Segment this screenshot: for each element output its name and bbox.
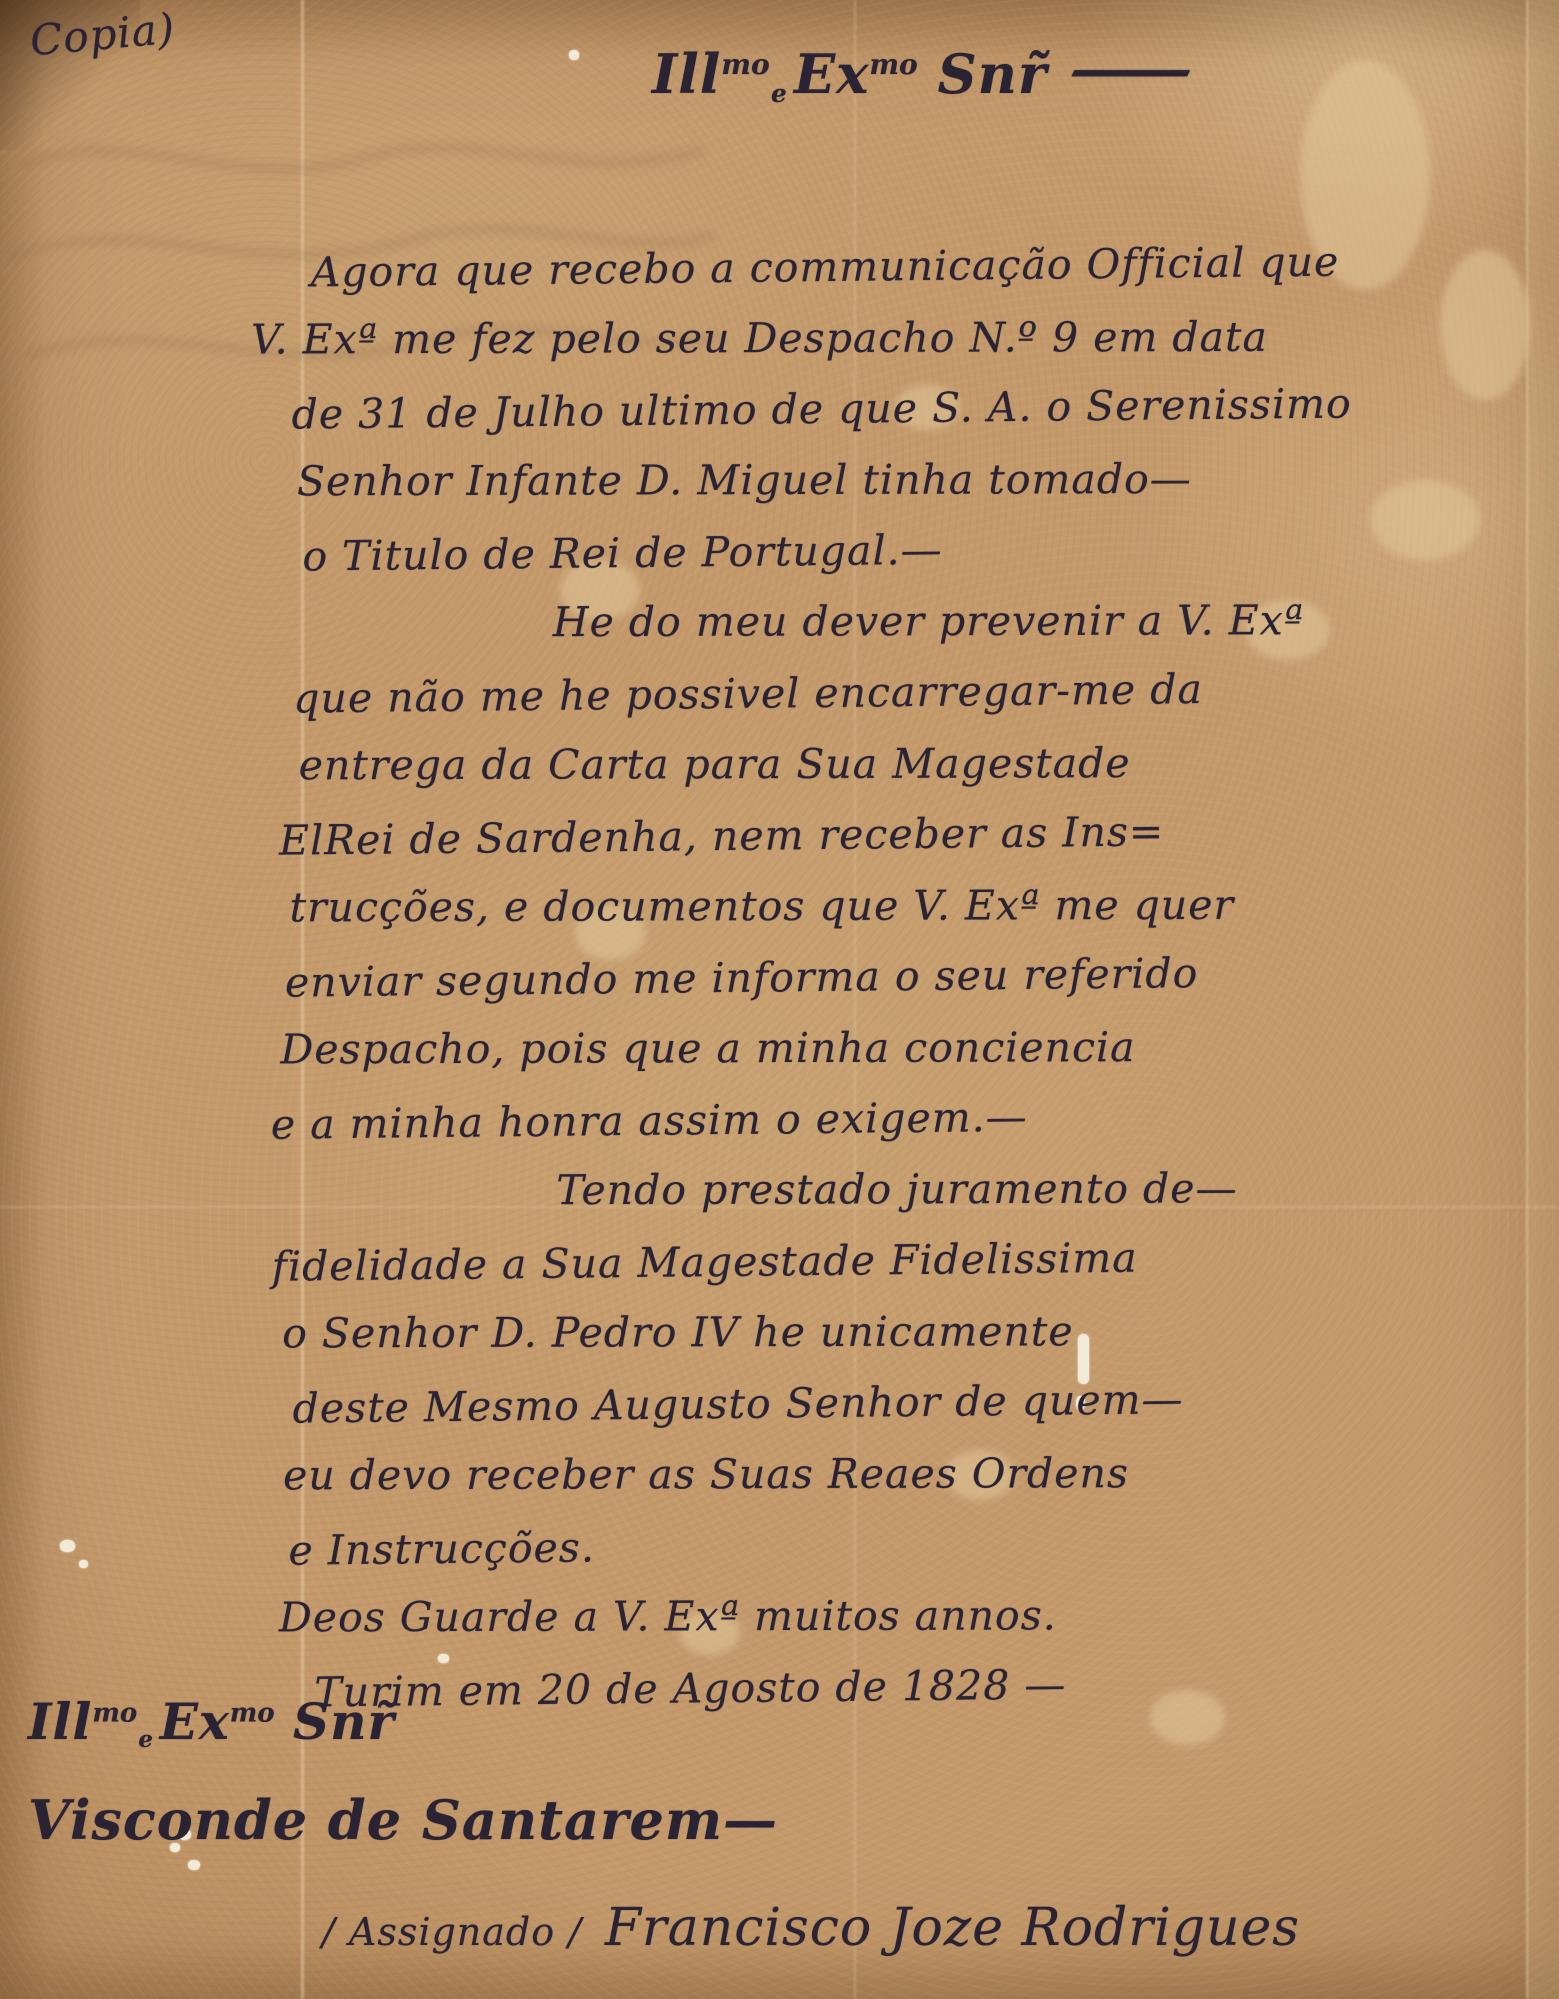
signature-line: / Assignado /Francisco Joze Rodrigues (322, 1898, 1300, 1958)
addressee-name: Visconde de Santarem— (28, 1788, 778, 1852)
paper-speck (188, 1860, 200, 1870)
salutation-e: e (771, 79, 788, 108)
closing-snr: Snr̃ (293, 1692, 395, 1751)
letter-line: ElRei de Sardenha, nem receber as Ins= (279, 794, 1375, 876)
flourish-dash: — (1066, 37, 1198, 101)
signatory-name: Francisco Joze Rodrigues (605, 1898, 1300, 1958)
letter-line: trucções, e documentos que V. Exª me que… (289, 869, 1374, 943)
salutation-heading: IllmoeExmo Snr̃— (652, 42, 1121, 108)
closing-exmo: Ex (160, 1692, 230, 1751)
letter-line: de 31 de Julho ultimo de que S. A. o Ser… (291, 368, 1372, 450)
letter-body: Agora que recebo a communicação Official… (250, 229, 1379, 1727)
letter-line: Agora que recebo a communicação Official… (310, 226, 1371, 308)
letter-line: Tendo prestado juramento de— (556, 1153, 1376, 1226)
letter-line: e a minha honra assim o exigem.— (271, 1078, 1377, 1161)
salutation-exmo: Ex (794, 42, 869, 106)
right-edge-light-band (1527, 0, 1559, 1999)
letter-line: deste Mesmo Augusto Senhor de quem— (292, 1362, 1378, 1444)
assignado-note: / Assignado / (322, 1910, 582, 1954)
salutation-illmo-sup: mo (721, 48, 769, 81)
salutation-exmo-sup: mo (869, 48, 917, 81)
closing-e: e (138, 1726, 154, 1753)
letter-line: que não me he possivel encarregar-me da (293, 652, 1374, 734)
closing-illmo: Ill (28, 1692, 92, 1751)
letter-line: He do meu dever prevenir a V. Exª (553, 585, 1373, 658)
paper-speck (79, 1560, 88, 1568)
letter-line: Turim em 20 de Agosto de 1828 — (314, 1646, 1380, 1728)
paper-speck (569, 50, 579, 60)
paper-speck (60, 1540, 75, 1552)
letter-line: enviar segundo me informa o seu referido (285, 936, 1376, 1018)
salutation-illmo: Ill (652, 42, 721, 106)
closing-illmo-sup: mo (92, 1698, 137, 1728)
letter-line: o Titulo de Rei de Portugal.— (302, 510, 1373, 592)
salutation-snr: Snr̃ (938, 42, 1048, 106)
scuff-mark (1440, 250, 1530, 400)
closing-salutation: IllmoeExmo Snr̃ (28, 1692, 395, 1753)
closing-exmo-sup: mo (230, 1698, 275, 1728)
letter-line: fidelidade a Sua Magestade Fidelissima (271, 1220, 1377, 1303)
letter-line: e Instrucções. (288, 1504, 1379, 1586)
letter-line: V. Exª me fez pelo seu Despacho N.º 9 em… (251, 302, 1371, 376)
letter-line: o Senhor D. Pedro IV he unicamente (282, 1295, 1377, 1369)
letter-line: Despacho, pois que a minha conciencia (280, 1011, 1375, 1085)
letter-line: Deos Guarde a V. Exª muitos annos. (279, 1579, 1379, 1653)
letter-line: entrega da Carta para Sua Magestade (299, 727, 1374, 801)
scuff-mark (1370, 480, 1480, 560)
letter-scan-page: Copia) IllmoeExmo Snr̃— Agora que recebo… (0, 0, 1559, 1999)
letter-line: eu devo receber as Suas Reaes Ordens (283, 1437, 1378, 1511)
letter-line: Senhor Infante D. Miguel tinha tomado— (297, 443, 1372, 517)
